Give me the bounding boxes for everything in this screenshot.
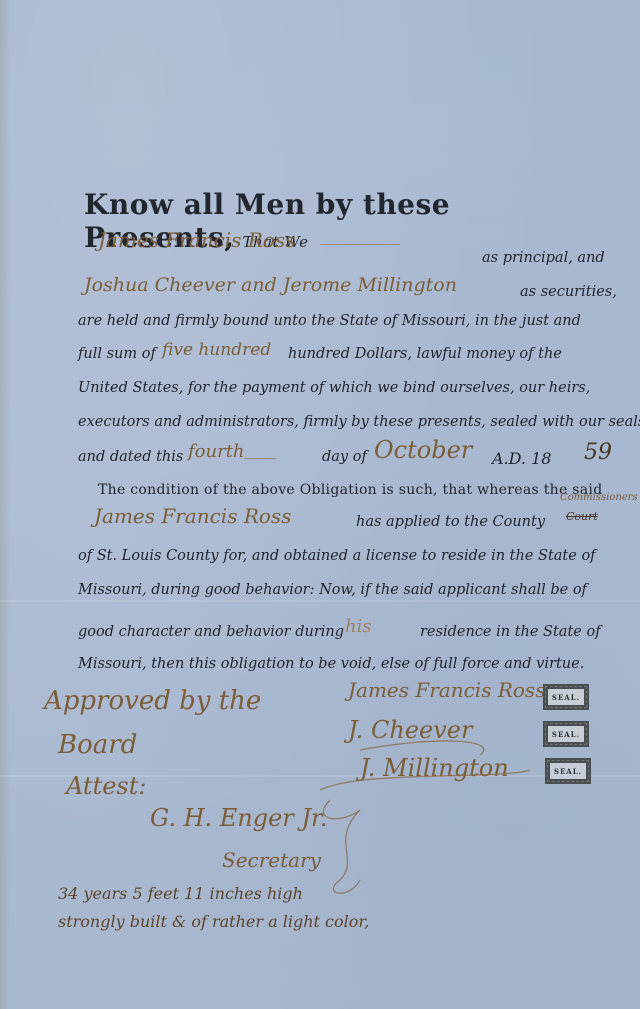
date-prefix: and dated this xyxy=(78,449,183,465)
sum-amount: five hundred xyxy=(162,340,271,360)
principal-name: James Francis Ross xyxy=(98,228,295,252)
date-day: fourth xyxy=(188,441,245,462)
securities-names: Joshua Cheever and Jerome Millington xyxy=(84,274,457,296)
applicant-name: James Francis Ross xyxy=(94,504,291,528)
date-month: October xyxy=(374,436,472,464)
obligation-line-10: of St. Louis County for, and obtained a … xyxy=(78,548,596,564)
date-ad: A.D. 18 xyxy=(492,449,551,468)
fold-line xyxy=(0,600,640,602)
paper-edge xyxy=(0,0,10,1009)
blank-line xyxy=(320,244,400,245)
approval-line-2: Board xyxy=(58,730,137,760)
condition-line: The condition of the above Obligation is… xyxy=(98,482,602,498)
behavior-suffix: residence in the State of xyxy=(420,624,601,640)
signature-flourish xyxy=(300,730,540,900)
attest-label: Attest: xyxy=(66,772,146,800)
struck-word: Court xyxy=(566,510,598,523)
date-year: 59 xyxy=(584,440,612,465)
obligation-line-13: Missouri, then this obligation to be voi… xyxy=(78,656,584,672)
signature-principal: James Francis Ross xyxy=(348,678,545,702)
principal-suffix: as principal, and xyxy=(482,250,605,266)
description-line-1: 34 years 5 feet 11 inches high xyxy=(58,884,303,903)
description-line-2: strongly built & of rather a light color… xyxy=(58,912,369,931)
obligation-line-3: are held and firmly bound unto the State… xyxy=(78,313,581,329)
behavior-pronoun: his xyxy=(345,616,372,637)
applied-text: has applied to the County xyxy=(356,514,545,530)
seal-3: SEAL. xyxy=(545,758,591,784)
blank-line xyxy=(244,458,276,459)
seal-1: SEAL. xyxy=(543,684,589,710)
seal-2: SEAL. xyxy=(543,721,589,747)
obligation-line-6: executors and administrators, firmly by … xyxy=(78,414,640,430)
correction-commissioners: Commissioners xyxy=(560,492,638,503)
obligation-line-11: Missouri, during good behavior: Now, if … xyxy=(78,582,587,598)
obligation-line-5: United States, for the payment of which … xyxy=(78,380,590,396)
date-mid: day of xyxy=(322,449,367,465)
sum-suffix: hundred Dollars, lawful money of the xyxy=(288,346,562,362)
approval-line-1: Approved by the xyxy=(44,686,261,716)
behavior-prefix: good character and behavior during xyxy=(78,624,344,640)
securities-suffix: as securities, xyxy=(520,284,617,300)
sum-prefix: full sum of xyxy=(78,346,156,362)
